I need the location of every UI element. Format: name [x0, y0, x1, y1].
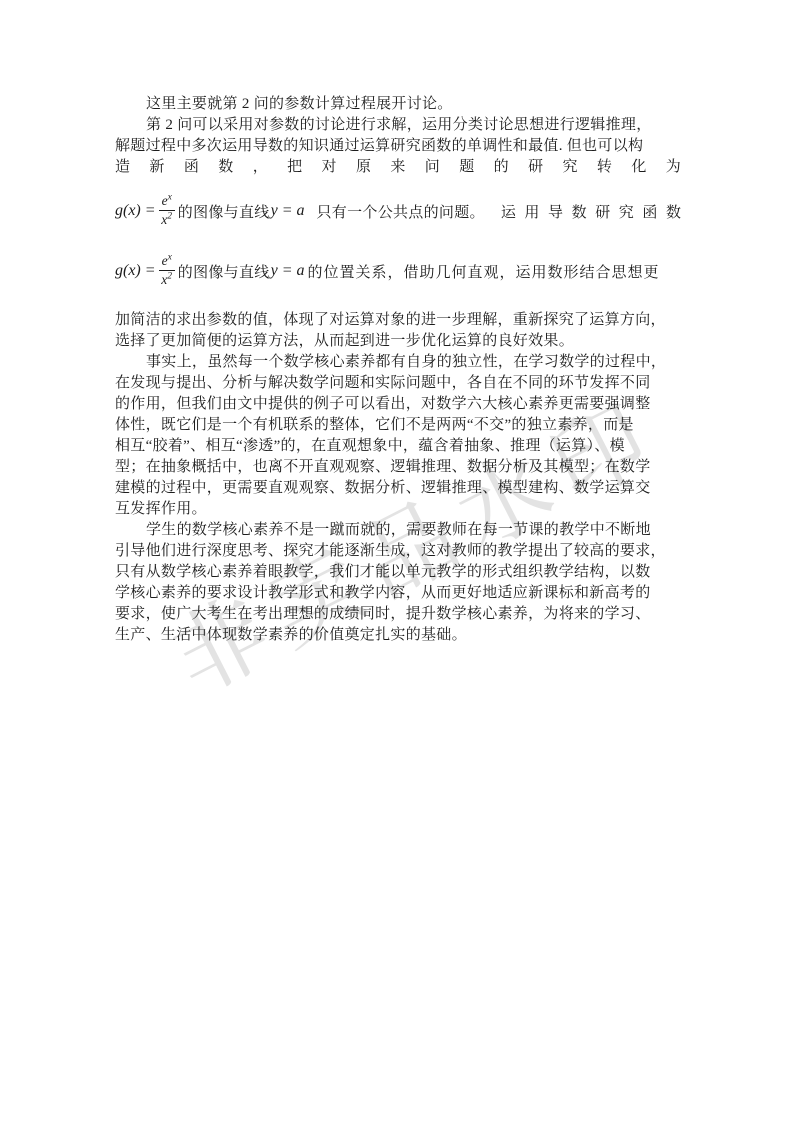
text-line: 第 2 问可以采用对参数的讨论进行求解，运用分类讨论思想进行逻辑推理， — [115, 115, 681, 136]
char: 导 — [548, 201, 563, 222]
exponent: x — [168, 192, 172, 202]
char: 把 — [287, 157, 302, 178]
fraction-numerator: ex — [159, 253, 175, 271]
char: 数 — [666, 201, 681, 222]
text-line: 选择了更加简便的运算方法，从而起到进一步优化运算的良好效果。 — [115, 331, 681, 352]
formula-line: g(x) =exx2的图像与直线y = a只有一个公共点的问题。运用导数研究函数 — [115, 188, 681, 234]
formula-rest-text: 只有一个公共点的问题。 — [317, 201, 485, 222]
text-line: 只有从数学核心素养着眼教学，我们才能以单元教学的形式组织教学结构，以数 — [115, 562, 681, 583]
char: 为 — [666, 157, 681, 178]
formula-lhs: g(x) = — [115, 202, 156, 220]
formula-mid-text: 的图像与直线 — [178, 201, 270, 222]
formula-fraction: exx2 — [159, 193, 175, 227]
fraction-denominator: x2 — [161, 211, 172, 228]
formula-rest-text: 的位置关系，借助几何直观，运用数形结合思想更 — [308, 261, 660, 282]
char: 数 — [572, 201, 587, 222]
text-line: 学生的数学核心素养不是一蹴而就的，需要教师在每一节课的教学中不断地 — [115, 520, 681, 541]
fraction-denominator: x2 — [161, 271, 172, 288]
text-line: 型；在抽象概括中，也离不开直观观察、逻辑推理、数据分析及其模型；在数学 — [115, 457, 681, 478]
char: 对 — [322, 157, 337, 178]
text-line: 的作用，但我们由文中提供的例子可以看出，对数学六大核心素养更需要强调整 — [115, 394, 681, 415]
text-line: 生产、生活中体现数学素养的价值奠定扎实的基础。 — [115, 625, 681, 646]
char: 用 — [524, 201, 539, 222]
text-line: 事实上，虽然每一个数学核心素养都有自身的独立性，在学习数学的过程中， — [115, 352, 681, 373]
formula-line: g(x) =exx2的图像与直线y = a的位置关系，借助几何直观，运用数形结合… — [115, 248, 681, 294]
char: 新 — [149, 157, 164, 178]
formula-mid-text: 的图像与直线 — [178, 261, 270, 282]
char: 转 — [597, 157, 612, 178]
text-line: 在发现与提出、分析与解决数学问题和实际问题中，各自在不同的环节发挥不同 — [115, 373, 681, 394]
text-line: 体性，既它们是一个有机联系的整体，它们不是两两“不交”的独立素养，而是 — [115, 415, 681, 436]
text-line: 这里主要就第 2 问的参数计算过程展开讨论。 — [115, 94, 681, 115]
exponent: x — [168, 252, 172, 262]
fraction-numerator: ex — [159, 193, 175, 211]
char: 运 — [501, 201, 516, 222]
text-line: 互发挥作用。 — [115, 499, 681, 520]
char: 研 — [595, 201, 610, 222]
document-body: 这里主要就第 2 问的参数计算过程展开讨论。第 2 问可以采用对参数的讨论进行求… — [115, 94, 681, 646]
formula-line-equation: y = a — [271, 202, 305, 220]
char: 问 — [425, 157, 440, 178]
char: 函 — [184, 157, 199, 178]
formula-line-equation: y = a — [271, 262, 305, 280]
char: 的 — [494, 157, 509, 178]
text-line: 加简洁的求出参数的值，体现了对运算对象的进一步理解，重新探究了运算方向， — [115, 310, 681, 331]
text-line: 要求，使广大考生在考出理想的成绩同时，提升数学核心素养，为将来的学习、 — [115, 604, 681, 625]
formula-fraction: exx2 — [159, 253, 175, 287]
exponent: 2 — [167, 211, 172, 221]
text-line: 解题过程中多次运用导数的知识通过运算研究函数的单调性和最值. 但也可以构 — [115, 136, 681, 157]
text-line: 造新函数，把对原来问题的研究转化为 — [115, 157, 681, 178]
text-line: 学核心素养的要求设计教学形式和教学内容，从而更好地适应新课标和新高考的 — [115, 583, 681, 604]
char: 研 — [528, 157, 543, 178]
char: 究 — [619, 201, 634, 222]
char: 数 — [218, 157, 233, 178]
char: 化 — [631, 157, 646, 178]
char: 造 — [115, 157, 130, 178]
char: 究 — [562, 157, 577, 178]
exponent: 2 — [167, 271, 172, 281]
text-line: 相互“胶着”、相互“渗透”的，在直观想象中，蕴含着抽象、推理（运算）、模 — [115, 436, 681, 457]
char: 函 — [642, 201, 657, 222]
document-page: 非卖品水印 这里主要就第 2 问的参数计算过程展开讨论。第 2 问可以采用对参数… — [0, 0, 793, 1122]
char: 来 — [390, 157, 405, 178]
text-line: 引导他们进行深度思考、探究才能逐渐生成，这对教师的教学提出了较高的要求， — [115, 541, 681, 562]
formula-lhs: g(x) = — [115, 262, 156, 280]
text-line: 建模的过程中，更需要直观观察、数据分析、逻辑推理、模型建构、数学运算交 — [115, 478, 681, 499]
char: ， — [253, 157, 268, 178]
formula-tail-spread-text: 运用导数研究函数 — [501, 201, 681, 222]
char: 题 — [459, 157, 474, 178]
char: 原 — [356, 157, 371, 178]
